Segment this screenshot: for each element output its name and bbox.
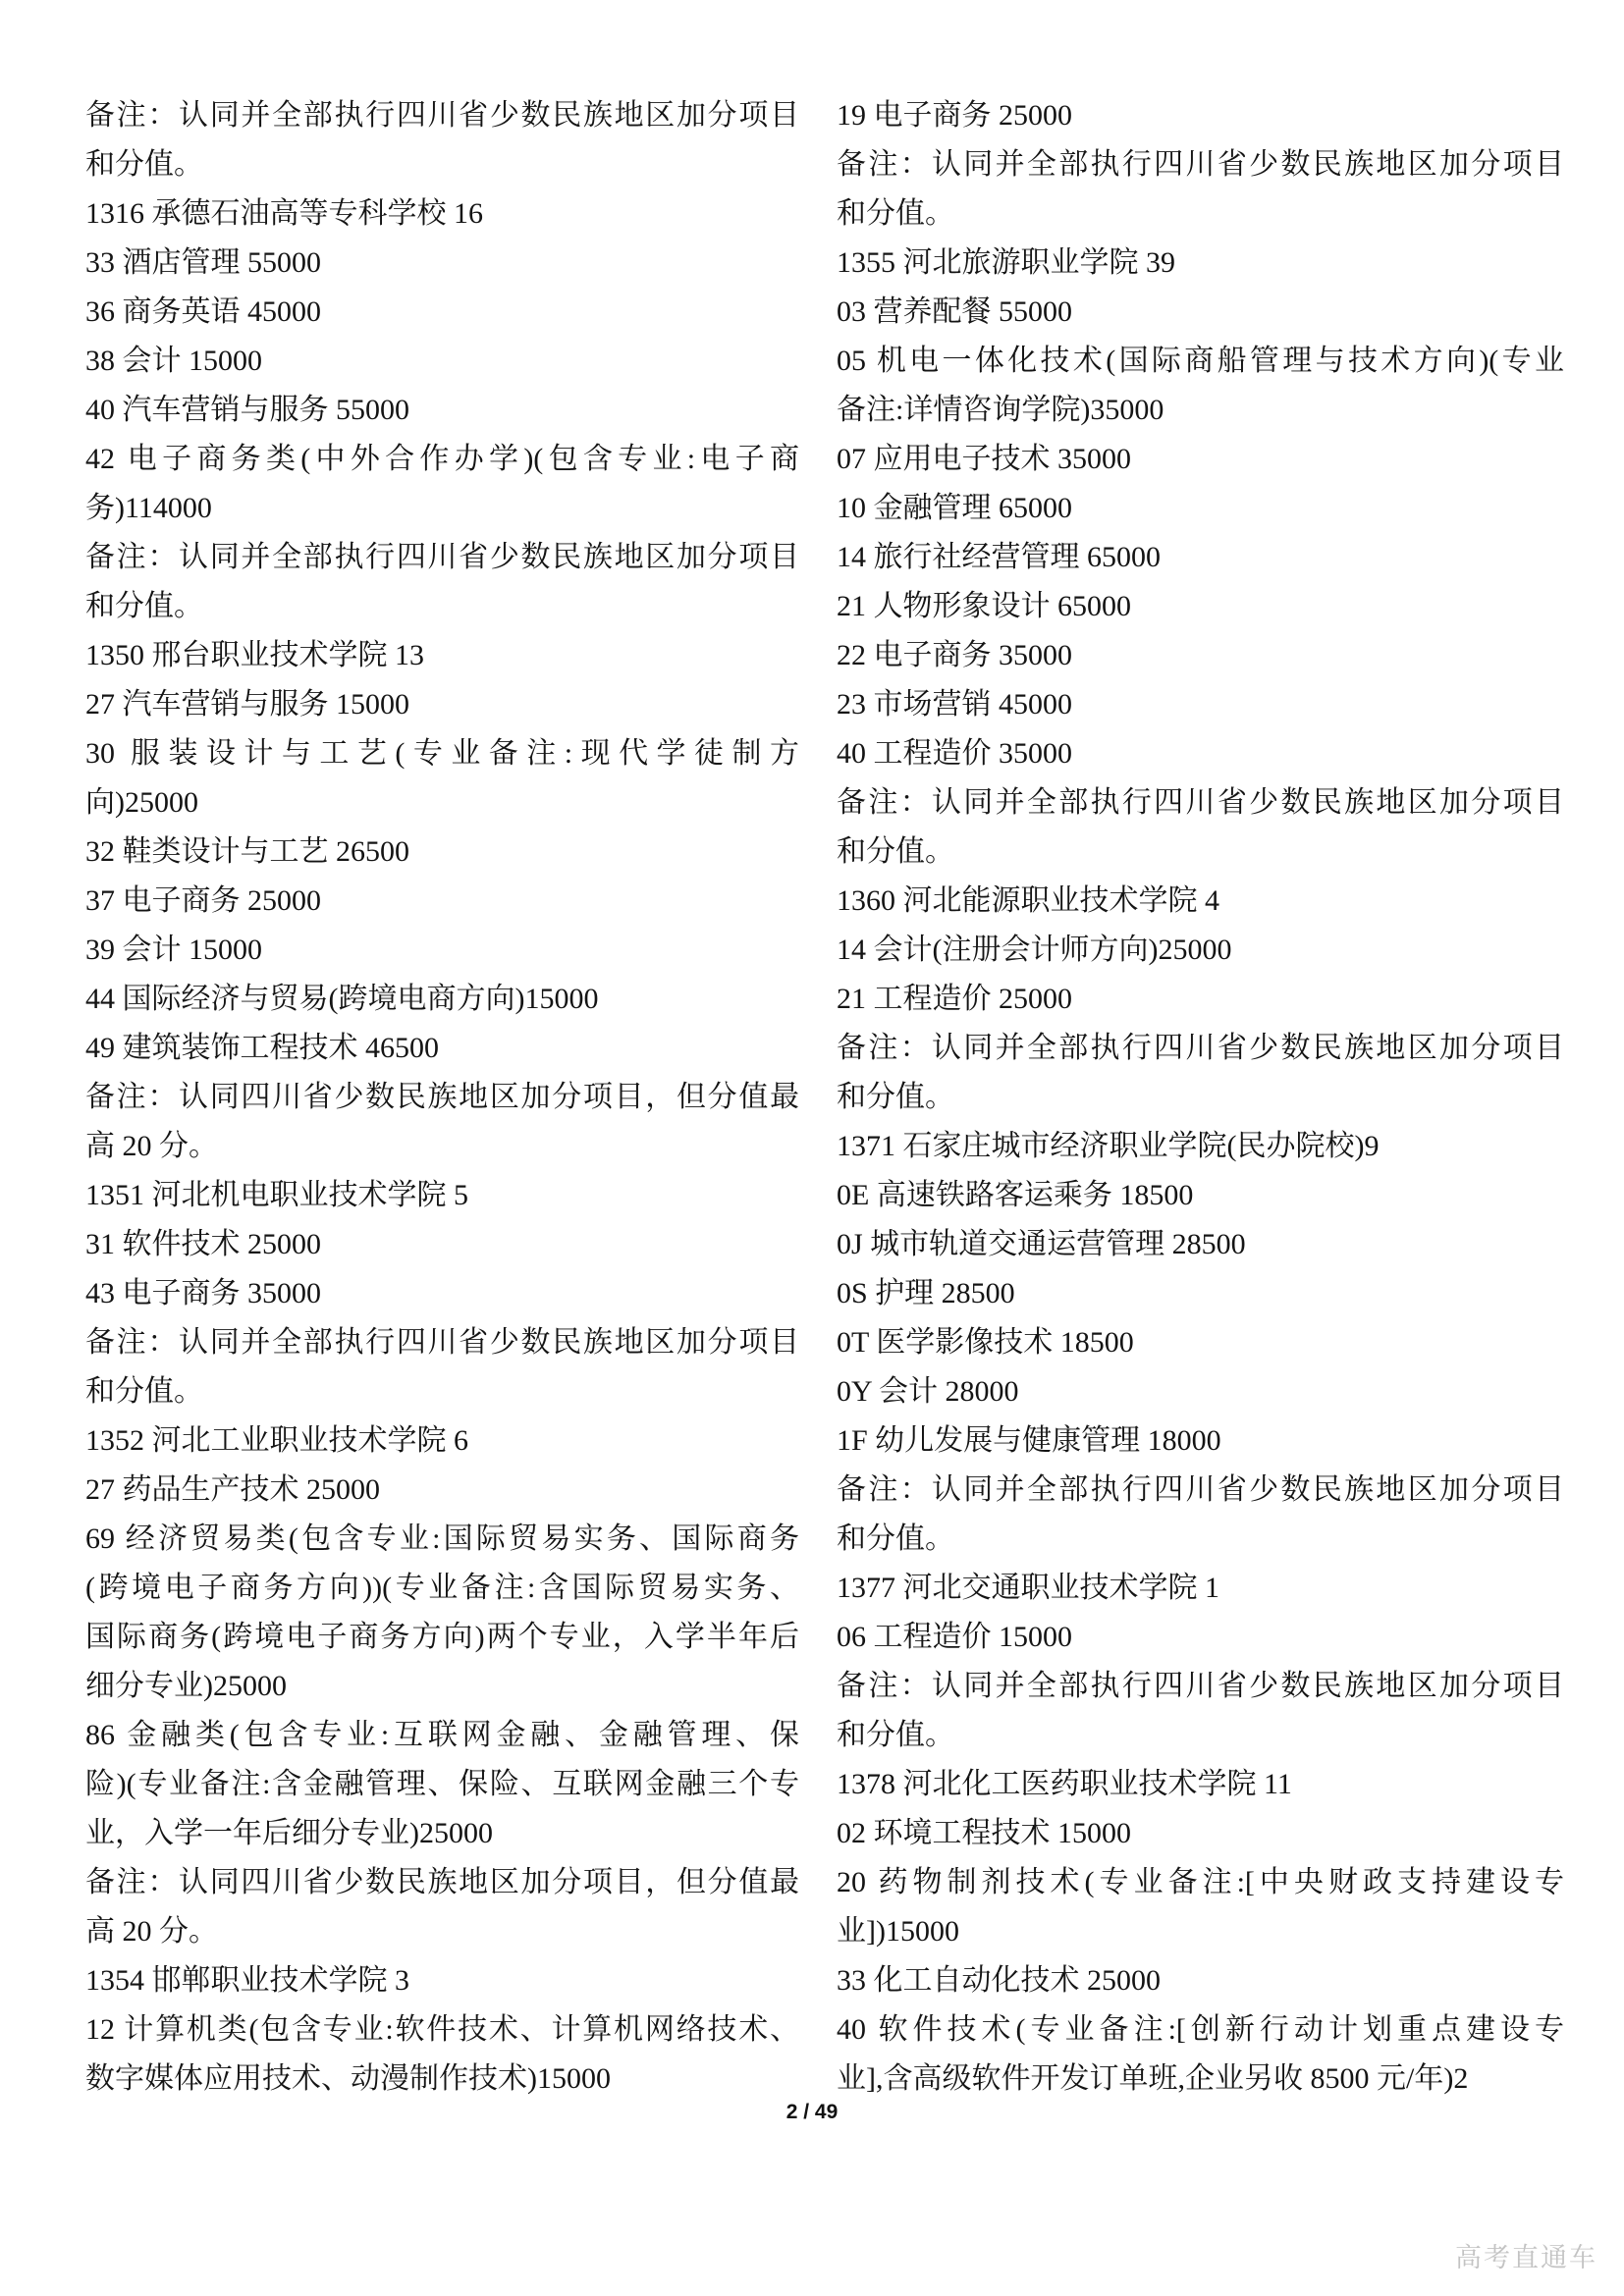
text-line: 20 药物制剂技术(专业备注:[中央财政支持建设专 [837,1858,1564,1907]
text-line: 业],含高级软件开发订单班,企业另收 8500 元/年)2 [837,2055,1564,2104]
text-line: 1351 河北机电职业技术学院 5 [85,1171,799,1220]
text-line: 务)114000 [85,484,799,533]
text-line: 高 20 分。 [85,1122,799,1171]
text-line: 37 电子商务 25000 [85,877,799,926]
text-line: 40 工程造价 35000 [837,729,1564,778]
text-line: 23 市场营销 45000 [837,680,1564,729]
text-line: 36 商务英语 45000 [85,288,799,337]
text-line: 和分值。 [837,1073,1564,1122]
text-line: 27 药品生产技术 25000 [85,1466,799,1515]
text-line: 险)(专业备注:含金融管理、保险、互联网金融三个专 [85,1760,799,1809]
text-line: 1352 河北工业职业技术学院 6 [85,1416,799,1466]
text-line: 30 服装设计与工艺(专业备注:现代学徒制方 [85,729,799,778]
text-line: 07 应用电子技术 35000 [837,435,1564,484]
text-line: 32 鞋类设计与工艺 26500 [85,828,799,877]
text-line: 备注：认同并全部执行四川省少数民族地区加分项目 [85,1318,799,1367]
text-line: 0T 医学影像技术 18500 [837,1318,1564,1367]
text-line: 备注:详情咨询学院)35000 [837,386,1564,435]
text-line: 1F 幼儿发展与健康管理 18000 [837,1416,1564,1466]
text-line: 和分值。 [837,1711,1564,1760]
text-line: 1350 邢台职业技术学院 13 [85,631,799,680]
text-line: 和分值。 [85,140,799,189]
text-line: 21 人物形象设计 65000 [837,582,1564,631]
text-line: 14 旅行社经营管理 65000 [837,533,1564,582]
text-line: 33 化工自动化技术 25000 [837,1956,1564,2005]
text-line: 备注：认同四川省少数民族地区加分项目，但分值最 [85,1858,799,1907]
text-line: 1371 石家庄城市经济职业学院(民办院校)9 [837,1122,1564,1171]
text-line: 备注：认同并全部执行四川省少数民族地区加分项目 [837,1024,1564,1073]
text-line: 国际商务(跨境电子商务方向)两个专业，入学半年后 [85,1613,799,1662]
text-line: 12 计算机类(包含专业:软件技术、计算机网络技术、 [85,2005,799,2055]
text-line: 69 经济贸易类(包含专业:国际贸易实务、国际商务 [85,1515,799,1564]
text-line: 向)25000 [85,778,799,828]
text-line: 备注：认同并全部执行四川省少数民族地区加分项目 [85,91,799,140]
right-text-column: 19 电子商务 25000备注：认同并全部执行四川省少数民族地区加分项目和分值。… [837,91,1564,2104]
text-line: 22 电子商务 35000 [837,631,1564,680]
text-line: 和分值。 [85,1367,799,1416]
text-line: 数字媒体应用技术、动漫制作技术)15000 [85,2055,799,2104]
page-number: 2 / 49 [0,2101,1624,2124]
text-line: 业])15000 [837,1907,1564,1956]
text-line: 备注：认同并全部执行四川省少数民族地区加分项目 [837,1466,1564,1515]
text-line: 和分值。 [837,828,1564,877]
text-line: 44 国际经济与贸易(跨境电商方向)15000 [85,975,799,1024]
text-line: 40 汽车营销与服务 55000 [85,386,799,435]
text-line: 0S 护理 28500 [837,1269,1564,1318]
text-line: 0E 高速铁路客运乘务 18500 [837,1171,1564,1220]
text-line: 05 机电一体化技术(国际商船管理与技术方向)(专业 [837,337,1564,386]
text-line: 86 金融类(包含专业:互联网金融、金融管理、保 [85,1711,799,1760]
text-line: 42 电子商务类(中外合作办学)(包含专业:电子商 [85,435,799,484]
text-line: 和分值。 [837,189,1564,239]
text-line: 备注：认同四川省少数民族地区加分项目，但分值最 [85,1073,799,1122]
text-line: 03 营养配餐 55000 [837,288,1564,337]
text-line: 02 环境工程技术 15000 [837,1809,1564,1858]
text-line: 14 会计(注册会计师方向)25000 [837,926,1564,975]
text-line: 1360 河北能源职业技术学院 4 [837,877,1564,926]
text-line: 0Y 会计 28000 [837,1367,1564,1416]
text-line: 细分专业)25000 [85,1662,799,1711]
text-line: 06 工程造价 15000 [837,1613,1564,1662]
text-line: 27 汽车营销与服务 15000 [85,680,799,729]
text-line: 高 20 分。 [85,1907,799,1956]
text-line: 33 酒店管理 55000 [85,239,799,288]
text-line: 19 电子商务 25000 [837,91,1564,140]
text-line: 38 会计 15000 [85,337,799,386]
text-line: 39 会计 15000 [85,926,799,975]
left-text-column: 备注：认同并全部执行四川省少数民族地区加分项目和分值。1316 承德石油高等专科… [85,91,799,2104]
text-line: 10 金融管理 65000 [837,484,1564,533]
text-line: 和分值。 [837,1515,1564,1564]
text-line: 43 电子商务 35000 [85,1269,799,1318]
text-line: 备注：认同并全部执行四川省少数民族地区加分项目 [85,533,799,582]
text-line: 49 建筑装饰工程技术 46500 [85,1024,799,1073]
text-line: 1355 河北旅游职业学院 39 [837,239,1564,288]
text-line: (跨境电子商务方向))(专业备注:含国际贸易实务、 [85,1564,799,1613]
text-line: 业，入学一年后细分专业)25000 [85,1809,799,1858]
text-line: 和分值。 [85,582,799,631]
text-line: 31 软件技术 25000 [85,1220,799,1269]
text-line: 备注：认同并全部执行四川省少数民族地区加分项目 [837,778,1564,828]
text-line: 1378 河北化工医药职业技术学院 11 [837,1760,1564,1809]
text-line: 1377 河北交通职业技术学院 1 [837,1564,1564,1613]
document-page: 备注：认同并全部执行四川省少数民族地区加分项目和分值。1316 承德石油高等专科… [0,0,1624,2296]
text-line: 1316 承德石油高等专科学校 16 [85,189,799,239]
text-line: 备注：认同并全部执行四川省少数民族地区加分项目 [837,140,1564,189]
text-line: 1354 邯郸职业技术学院 3 [85,1956,799,2005]
text-line: 21 工程造价 25000 [837,975,1564,1024]
text-line: 0J 城市轨道交通运营管理 28500 [837,1220,1564,1269]
text-line: 40 软件技术(专业备注:[创新行动计划重点建设专 [837,2005,1564,2055]
text-line: 备注：认同并全部执行四川省少数民族地区加分项目 [837,1662,1564,1711]
watermark: 高考直通车 [1455,2236,1597,2274]
